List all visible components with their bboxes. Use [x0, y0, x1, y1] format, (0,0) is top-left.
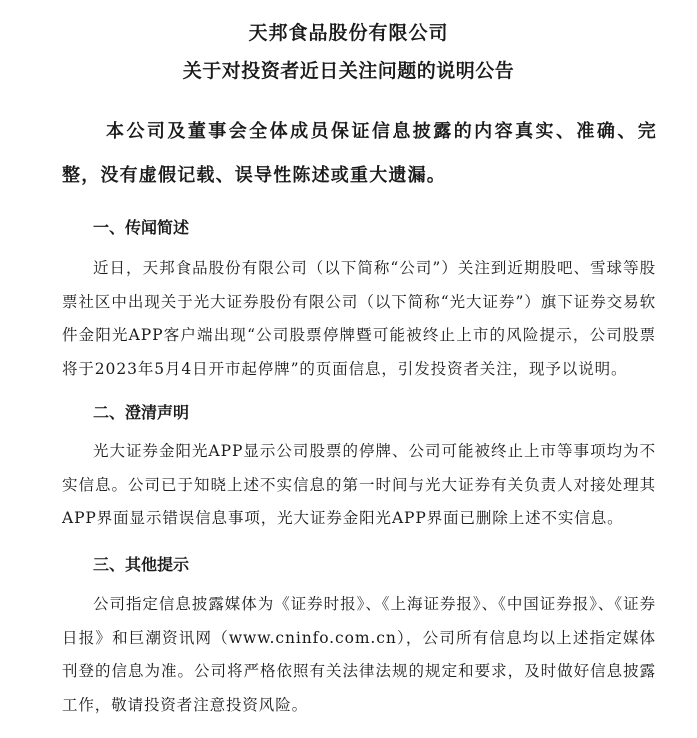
section-body-other-notes: 公司指定信息披露媒体为《证券时报》、《上海证券报》、《中国证券报》、《证券日报》… — [62, 588, 656, 722]
section-heading-other-notes: 三、其他提示 — [93, 552, 189, 575]
board-statement: 本公司及董事会全体成员保证信息披露的内容真实、准确、完整，没有虚假记载、误导性陈… — [62, 110, 657, 198]
company-title: 天邦食品股份有限公司 — [0, 18, 697, 45]
section-heading-rumor-summary: 一、传闻简述 — [93, 215, 189, 238]
section-body-rumor-summary: 近日，天邦食品股份有限公司（以下简称“公司”）关注到近期股吧、雪球等股票社区中出… — [62, 252, 656, 386]
section-heading-clarification: 二、澄清声明 — [93, 400, 189, 423]
section-body-clarification: 光大证券金阳光APP显示公司股票的停牌、公司可能被终止上市等事项均为不实信息。公… — [62, 435, 656, 536]
announcement-title: 关于对投资者近日关注问题的说明公告 — [0, 56, 697, 83]
